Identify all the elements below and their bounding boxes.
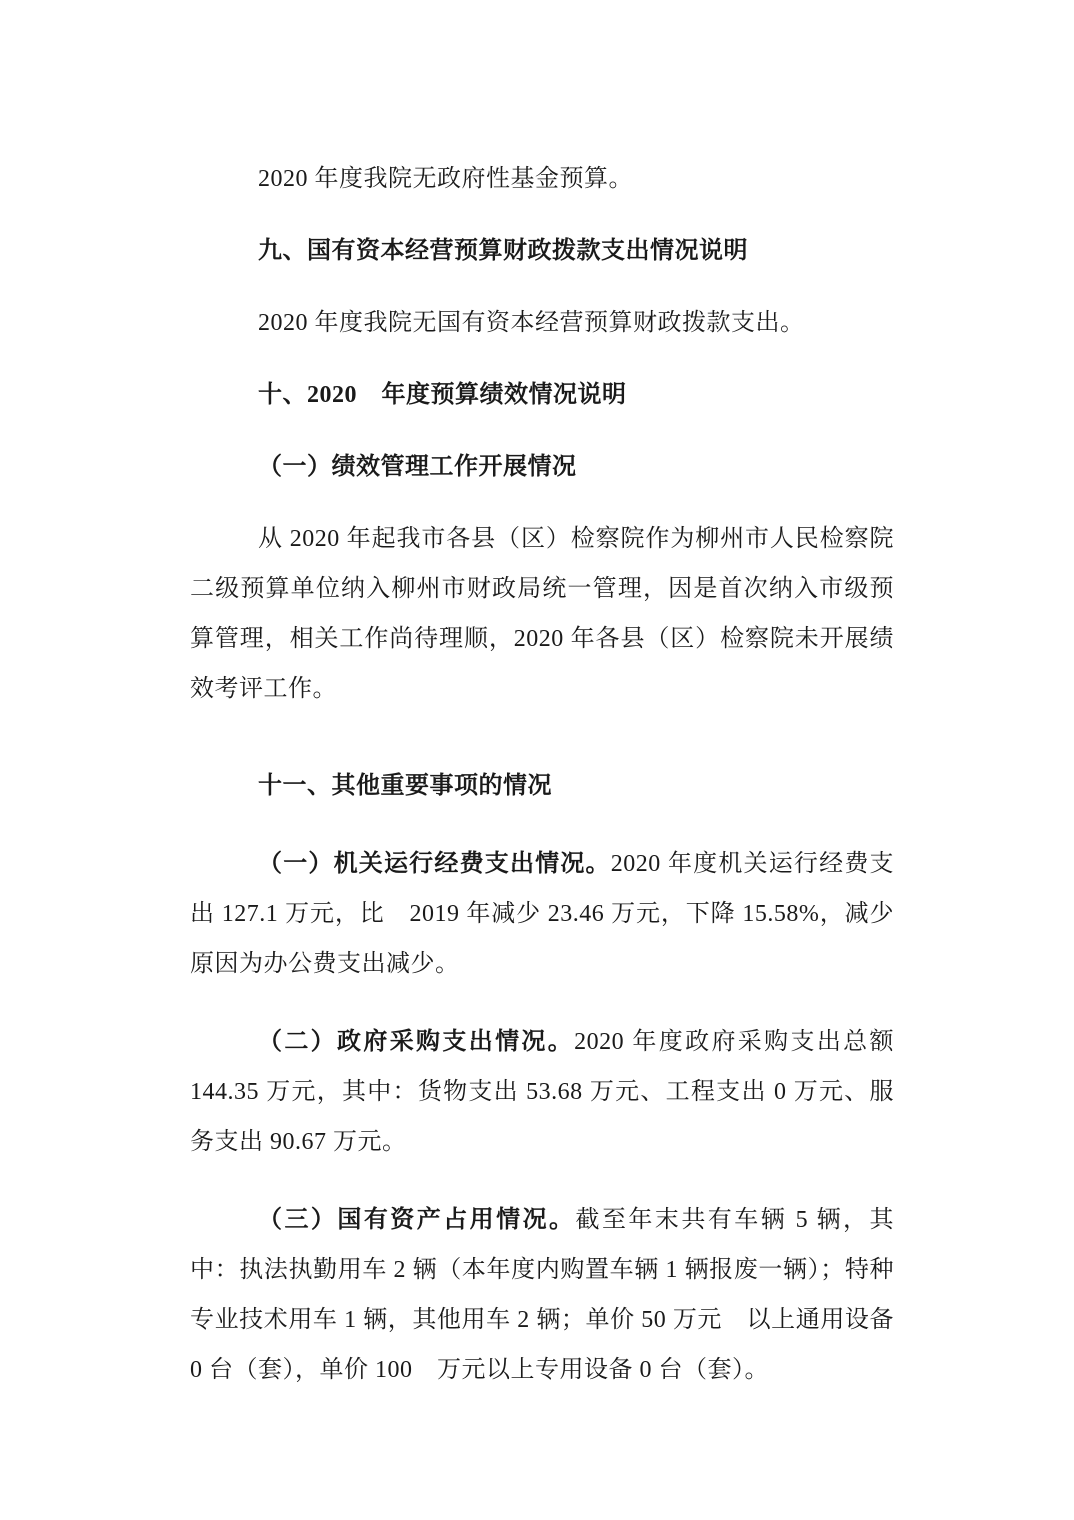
heading-section-11-other-important-matters: 十一、其他重要事项的情况	[190, 761, 894, 811]
paragraph-state-assets-occupancy: （三）国有资产占用情况。截至年末共有车辆 5 辆，其中：执法执勤用车 2 辆（本…	[190, 1195, 894, 1395]
paragraph-lead-state-assets: （三）国有资产占用情况。	[258, 1207, 576, 1233]
paragraph-no-government-fund-budget: 2020 年度我院无政府性基金预算。	[190, 154, 894, 204]
document-page: 2020 年度我院无政府性基金预算。 九、国有资本经营预算财政拨款支出情况说明 …	[0, 0, 1074, 1520]
paragraph-body-state-assets: 截至年末共有车辆 5 辆，其中：执法执勤用车 2 辆（本年度内购置车辆 1 辆报…	[190, 1207, 894, 1383]
heading-section-10-1-performance-management: （一）绩效管理工作开展情况	[190, 442, 894, 492]
paragraph-lead-operating-expense: （一）机关运行经费支出情况。	[258, 851, 611, 877]
heading-section-9-state-capital-budget: 九、国有资本经营预算财政拨款支出情况说明	[190, 226, 894, 276]
paragraph-lead-procurement: （二）政府采购支出情况。	[258, 1029, 574, 1055]
paragraph-government-procurement: （二）政府采购支出情况。2020 年度政府采购支出总额 144.35 万元，其中…	[190, 1017, 894, 1167]
paragraph-performance-management-detail: 从 2020 年起我市各县（区）检察院作为柳州市人民检察院二级预算单位纳入柳州市…	[190, 514, 894, 714]
paragraph-agency-operating-expense: （一）机关运行经费支出情况。2020 年度机关运行经费支出 127.1 万元，比…	[190, 839, 894, 989]
paragraph-no-state-capital-expenditure: 2020 年度我院无国有资本经营预算财政拨款支出。	[190, 298, 894, 348]
heading-section-10-budget-performance: 十、2020 年度预算绩效情况说明	[190, 370, 894, 420]
